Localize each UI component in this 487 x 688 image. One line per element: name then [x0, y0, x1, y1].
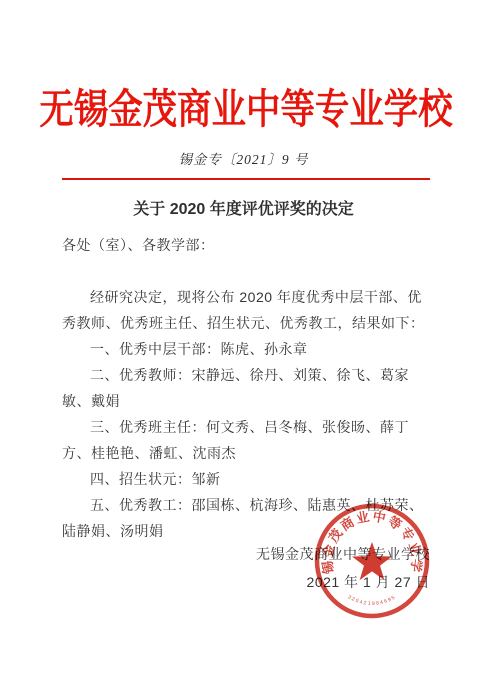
- award-item-1: 一、优秀中层干部：陈虎、孙永章: [62, 336, 430, 362]
- seal-code-text: 320421984695: [347, 594, 398, 607]
- red-divider-line: [62, 178, 430, 180]
- signature-school-name: 无锡金茂商业中等专业学校: [256, 541, 430, 567]
- doc-number: 锡金专〔2021〕9 号: [0, 148, 487, 168]
- doc-body: 各处（室）、各教学部： 经研究决定，现将公布 2020 年度优秀中层干部、优秀教…: [62, 232, 430, 544]
- award-item-2: 二、优秀教师：宋静远、徐丹、刘策、徐飞、葛家敏、戴娟: [62, 362, 430, 414]
- official-document-page: 无锡金茂商业中等专业学校 锡金专〔2021〕9 号 关于 2020 年度评优评奖…: [0, 0, 487, 688]
- signature-block: 无锡金茂商业中等专业学校 2021 年 1 月 27 日: [256, 541, 430, 595]
- salutation: 各处（室）、各教学部：: [62, 232, 430, 258]
- school-name-header: 无锡金茂商业中等专业学校: [0, 86, 487, 132]
- award-item-4: 四、招生状元：邹新: [62, 466, 430, 492]
- intro-paragraph: 经研究决定，现将公布 2020 年度优秀中层干部、优秀教师、优秀班主任、招生状元…: [62, 284, 430, 336]
- signature-date: 2021 年 1 月 27 日: [256, 569, 430, 595]
- doc-title: 关于 2020 年度评优评奖的决定: [0, 196, 487, 219]
- school-name-text: 无锡金茂商业中等专业学校: [39, 86, 452, 132]
- award-item-3: 三、优秀班主任：何文秀、吕冬梅、张俊旸、薛丁方、桂艳艳、潘虹、沈雨杰: [62, 414, 430, 466]
- svg-text:320421984695: 320421984695: [347, 594, 398, 607]
- award-item-5: 五、优秀教工：邵国栋、杭海珍、陆惠英、杜苏荣、陆静娟、汤明娟: [62, 492, 430, 544]
